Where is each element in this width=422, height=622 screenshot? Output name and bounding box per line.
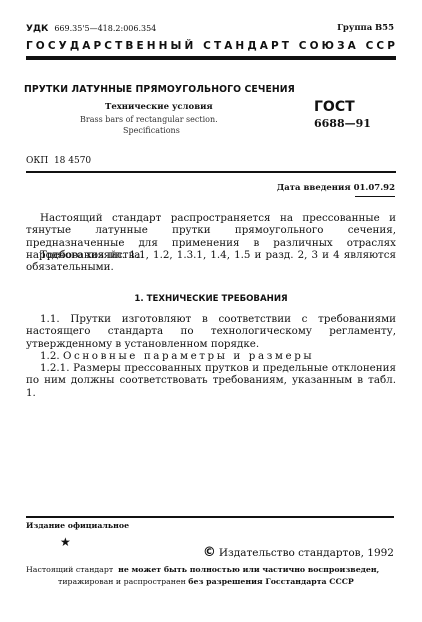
- copyright: ©Издательство стандартов, 1992: [203, 545, 394, 560]
- group-label: Группа: [337, 23, 372, 33]
- section-heading: 1. ТЕХНИЧЕСКИЕ ТРЕБОВАНИЯ: [0, 294, 422, 304]
- okp: ОКП 18 4570: [26, 156, 91, 166]
- header-rule: [26, 56, 396, 60]
- notice-text-bold: без разрешения Госстандарта СССР: [188, 577, 354, 586]
- notice-text: Настоящий стандарт: [26, 565, 113, 574]
- okp-code: 18 4570: [54, 156, 91, 166]
- udk-label: УДК: [26, 24, 48, 34]
- reproduction-notice-line2: тиражирован и распространен без разрешен…: [58, 577, 354, 586]
- state-standard-banner: ГОСУДАРСТВЕННЫЙ СТАНДАРТ СОЮЗА ССР: [26, 40, 396, 52]
- okp-rule: [26, 171, 396, 173]
- mandatory-paragraph: Требования пп. 1.1, 1.2, 1.3.1, 1.4, 1.5…: [26, 249, 396, 274]
- english-subtitle: Specifications: [123, 126, 180, 135]
- effective-date-label: Дата введения: [277, 183, 351, 193]
- udk: УДК669.35'5—418.2:006.354: [26, 24, 156, 34]
- document-title: ПРУТКИ ЛАТУННЫЕ ПРЯМОУГОЛЬНОГО СЕЧЕНИЯ: [24, 84, 295, 95]
- clause-1-2-1-text: 1.2.1. Размеры прессованных прутков и пр…: [26, 362, 396, 399]
- group: Группа В55: [337, 23, 394, 33]
- english-title: Brass bars of rectangular section.: [80, 115, 218, 124]
- clause-1-2-1: 1.2.1. Размеры прессованных прутков и пр…: [26, 362, 396, 399]
- effective-date: Дата введения 01.07.92: [277, 183, 395, 193]
- official-edition: Издание официальное: [26, 521, 129, 530]
- mandatory-text: Требования пп. 1.1, 1.2, 1.3.1, 1.4, 1.5…: [26, 249, 396, 273]
- okp-label: ОКП: [26, 156, 48, 166]
- notice-text: тиражирован и распространен: [58, 577, 186, 586]
- star-icon: ★: [60, 535, 71, 549]
- copyright-text: Издательство стандартов, 1992: [219, 547, 394, 559]
- document-subtitle: Технические условия: [105, 102, 213, 112]
- gost-label: ГОСТ: [314, 99, 355, 115]
- group-code: В55: [375, 23, 394, 33]
- clause-1-2-title: Основные параметры и размеры: [63, 350, 314, 362]
- clause-1-2: 1.2. Основные параметры и размеры: [26, 350, 396, 362]
- clause-1-1: 1.1. Прутки изготовляют в соответствии с…: [26, 313, 396, 350]
- effective-date-value: 01.07.92: [354, 183, 395, 193]
- clause-1-1-text: 1.1. Прутки изготовляют в соответствии с…: [26, 313, 396, 350]
- udk-code: 669.35'5—418.2:006.354: [54, 24, 156, 33]
- date-underline: [355, 196, 395, 197]
- gost-number: 6688—91: [314, 117, 371, 130]
- copyright-icon: ©: [203, 545, 216, 560]
- footer-rule: [26, 516, 394, 518]
- notice-text-bold: не может быть полностью или частично вос…: [118, 565, 379, 574]
- reproduction-notice-line1: Настоящий стандарт не может быть полност…: [26, 565, 396, 574]
- clause-1-2-number: 1.2.: [40, 350, 60, 362]
